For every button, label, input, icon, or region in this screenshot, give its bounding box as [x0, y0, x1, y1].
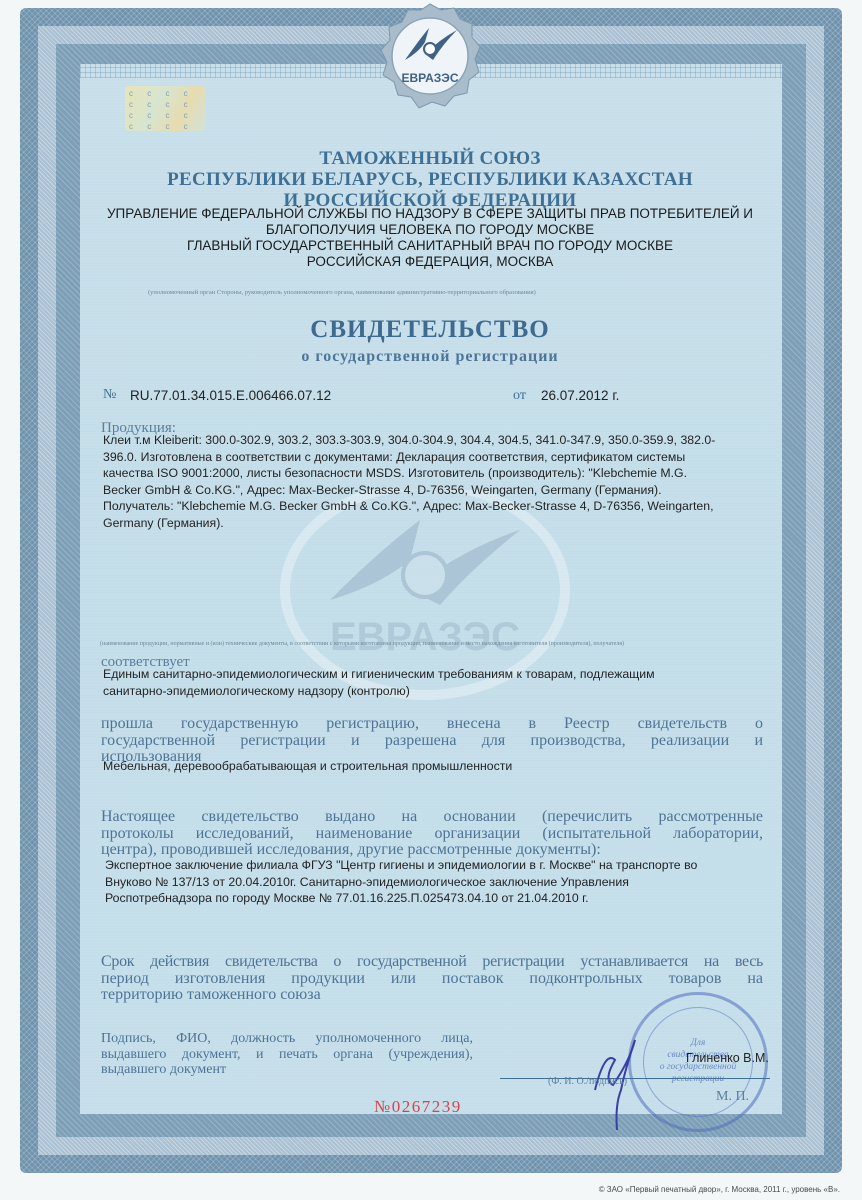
issuing-authority: УПРАВЛЕНИЕ ФЕДЕРАЛЬНОЙ СЛУЖБЫ ПО НАДЗОРУ… [100, 206, 760, 270]
date-label: от [513, 388, 526, 404]
stamp-line: регистрации [631, 1073, 765, 1085]
hologram-sticker: c c c c c c c c c c c c c c c c c c c c … [125, 86, 205, 131]
product-line: Germany (Германия). [103, 515, 773, 532]
basis-doc-line: Экспертное заключение филиала ФГУЗ "Цент… [105, 857, 773, 874]
product-line: 396.0. Изготовлена в соответствии с доку… [103, 449, 773, 466]
svg-text:ЕВРАЗЭС: ЕВРАЗЭС [401, 71, 458, 85]
product-line: Клеи т.м Kleiberit: 300.0-302.9, 303.2, … [103, 432, 773, 449]
svg-text:ЕВРАЗЭС: ЕВРАЗЭС [330, 615, 520, 659]
union-line-1: ТАМОЖЕННЫЙ СОЮЗ [100, 148, 760, 169]
basis-documents: Экспертное заключение филиала ФГУЗ "Цент… [105, 857, 773, 907]
union-line-2: РЕСПУБЛИКИ БЕЛАРУСЬ, РЕСПУБЛИКИ КАЗАХСТА… [100, 169, 760, 190]
product-caption: (наименование продукции, нормативные и (… [100, 641, 624, 647]
authority-line-4: РОССИЙСКАЯ ФЕДЕРАЦИЯ, МОСКВА [100, 254, 760, 270]
basis-line: Настоящее свидетельство выдано на основа… [101, 809, 763, 826]
seal-mark: М. П. [716, 1089, 749, 1105]
signature-instructions: Подпись, ФИО, должность уполномоченного … [101, 1031, 473, 1078]
validity-statement: Срок действия свидетельства о государств… [101, 954, 763, 1004]
signature-label-line: выдавшего документ, и печать органа (учр… [101, 1047, 473, 1063]
conformity-line: Единым санитарно-эпидемиологическим и ги… [103, 666, 773, 683]
registration-number: RU.77.01.34.015.Е.006466.07.12 [130, 388, 331, 403]
signature-caption: (Ф. И. О./подпись) [548, 1076, 627, 1087]
product-description: Клеи т.м Kleiberit: 300.0-302.9, 303.2, … [103, 432, 773, 531]
validity-line: Срок действия свидетельства о государств… [101, 954, 763, 971]
basis-doc-line: Внуково № 137/13 от 20.04.2010г. Санитар… [105, 874, 773, 891]
customs-union-heading: ТАМОЖЕННЫЙ СОЮЗ РЕСПУБЛИКИ БЕЛАРУСЬ, РЕС… [100, 148, 760, 211]
authority-line-3: ГЛАВНЫЙ ГОСУДАРСТВЕННЫЙ САНИТАРНЫЙ ВРАЧ … [100, 238, 760, 254]
number-label: № [103, 387, 116, 403]
statement-line: прошла государственную регистрацию, внес… [101, 716, 763, 733]
basis-doc-line: Роспотребнадзора по городу Москве № 77.0… [105, 890, 773, 907]
validity-line: период изготовления продукции или постав… [101, 971, 763, 988]
stamp-line: Для [631, 1037, 765, 1049]
product-line: Becker GmbH & Co.KG.", Адрес: Max-Becker… [103, 482, 773, 499]
basis-line: протоколы исследований, наименование орг… [101, 826, 763, 843]
authority-line-1: УПРАВЛЕНИЕ ФЕДЕРАЛЬНОЙ СЛУЖБЫ ПО НАДЗОРУ… [100, 206, 760, 222]
certificate-subtitle: о государственной регистрации [100, 348, 760, 366]
signature-label-line: Подпись, ФИО, должность уполномоченного … [101, 1031, 473, 1047]
product-line: качества ISO 9001:2000, листы безопаснос… [103, 465, 773, 482]
conformity-requirements: Единым санитарно-эпидемиологическим и ги… [103, 666, 773, 699]
certificate-title: СВИДЕТЕЛЬСТВО [100, 316, 760, 344]
basis-statement: Настоящее свидетельство выдано на основа… [101, 809, 763, 859]
registration-date: 26.07.2012 г. [541, 388, 619, 403]
eurasec-emblem-icon: ЕВРАЗЭС [375, 2, 485, 112]
signatory-name: Глиненко В.М. [686, 1050, 769, 1067]
authority-caption: (уполномоченный орган Стороны, руководит… [148, 289, 536, 296]
printer-footer: © ЗАО «Первый печатный двор», г. Москва,… [599, 1185, 840, 1194]
eurasec-emblem: ЕВРАЗЭС [375, 2, 485, 112]
usage-field: Мебельная, деревообрабатывающая и строит… [103, 758, 512, 775]
product-line: Получатель: "Klebchemie M.G. Becker GmbH… [103, 498, 773, 515]
signature-label-line: выдавшего документ [101, 1062, 473, 1078]
authority-line-2: БЛАГОПОЛУЧИЯ ЧЕЛОВЕКА ПО ГОРОДУ МОСКВЕ [100, 222, 760, 238]
statement-line: государственной регистрации и разрешена … [101, 733, 763, 750]
conformity-line: санитарно-эпидемиологическому надзору (к… [103, 683, 773, 700]
serial-number: №0267239 [374, 1097, 462, 1117]
